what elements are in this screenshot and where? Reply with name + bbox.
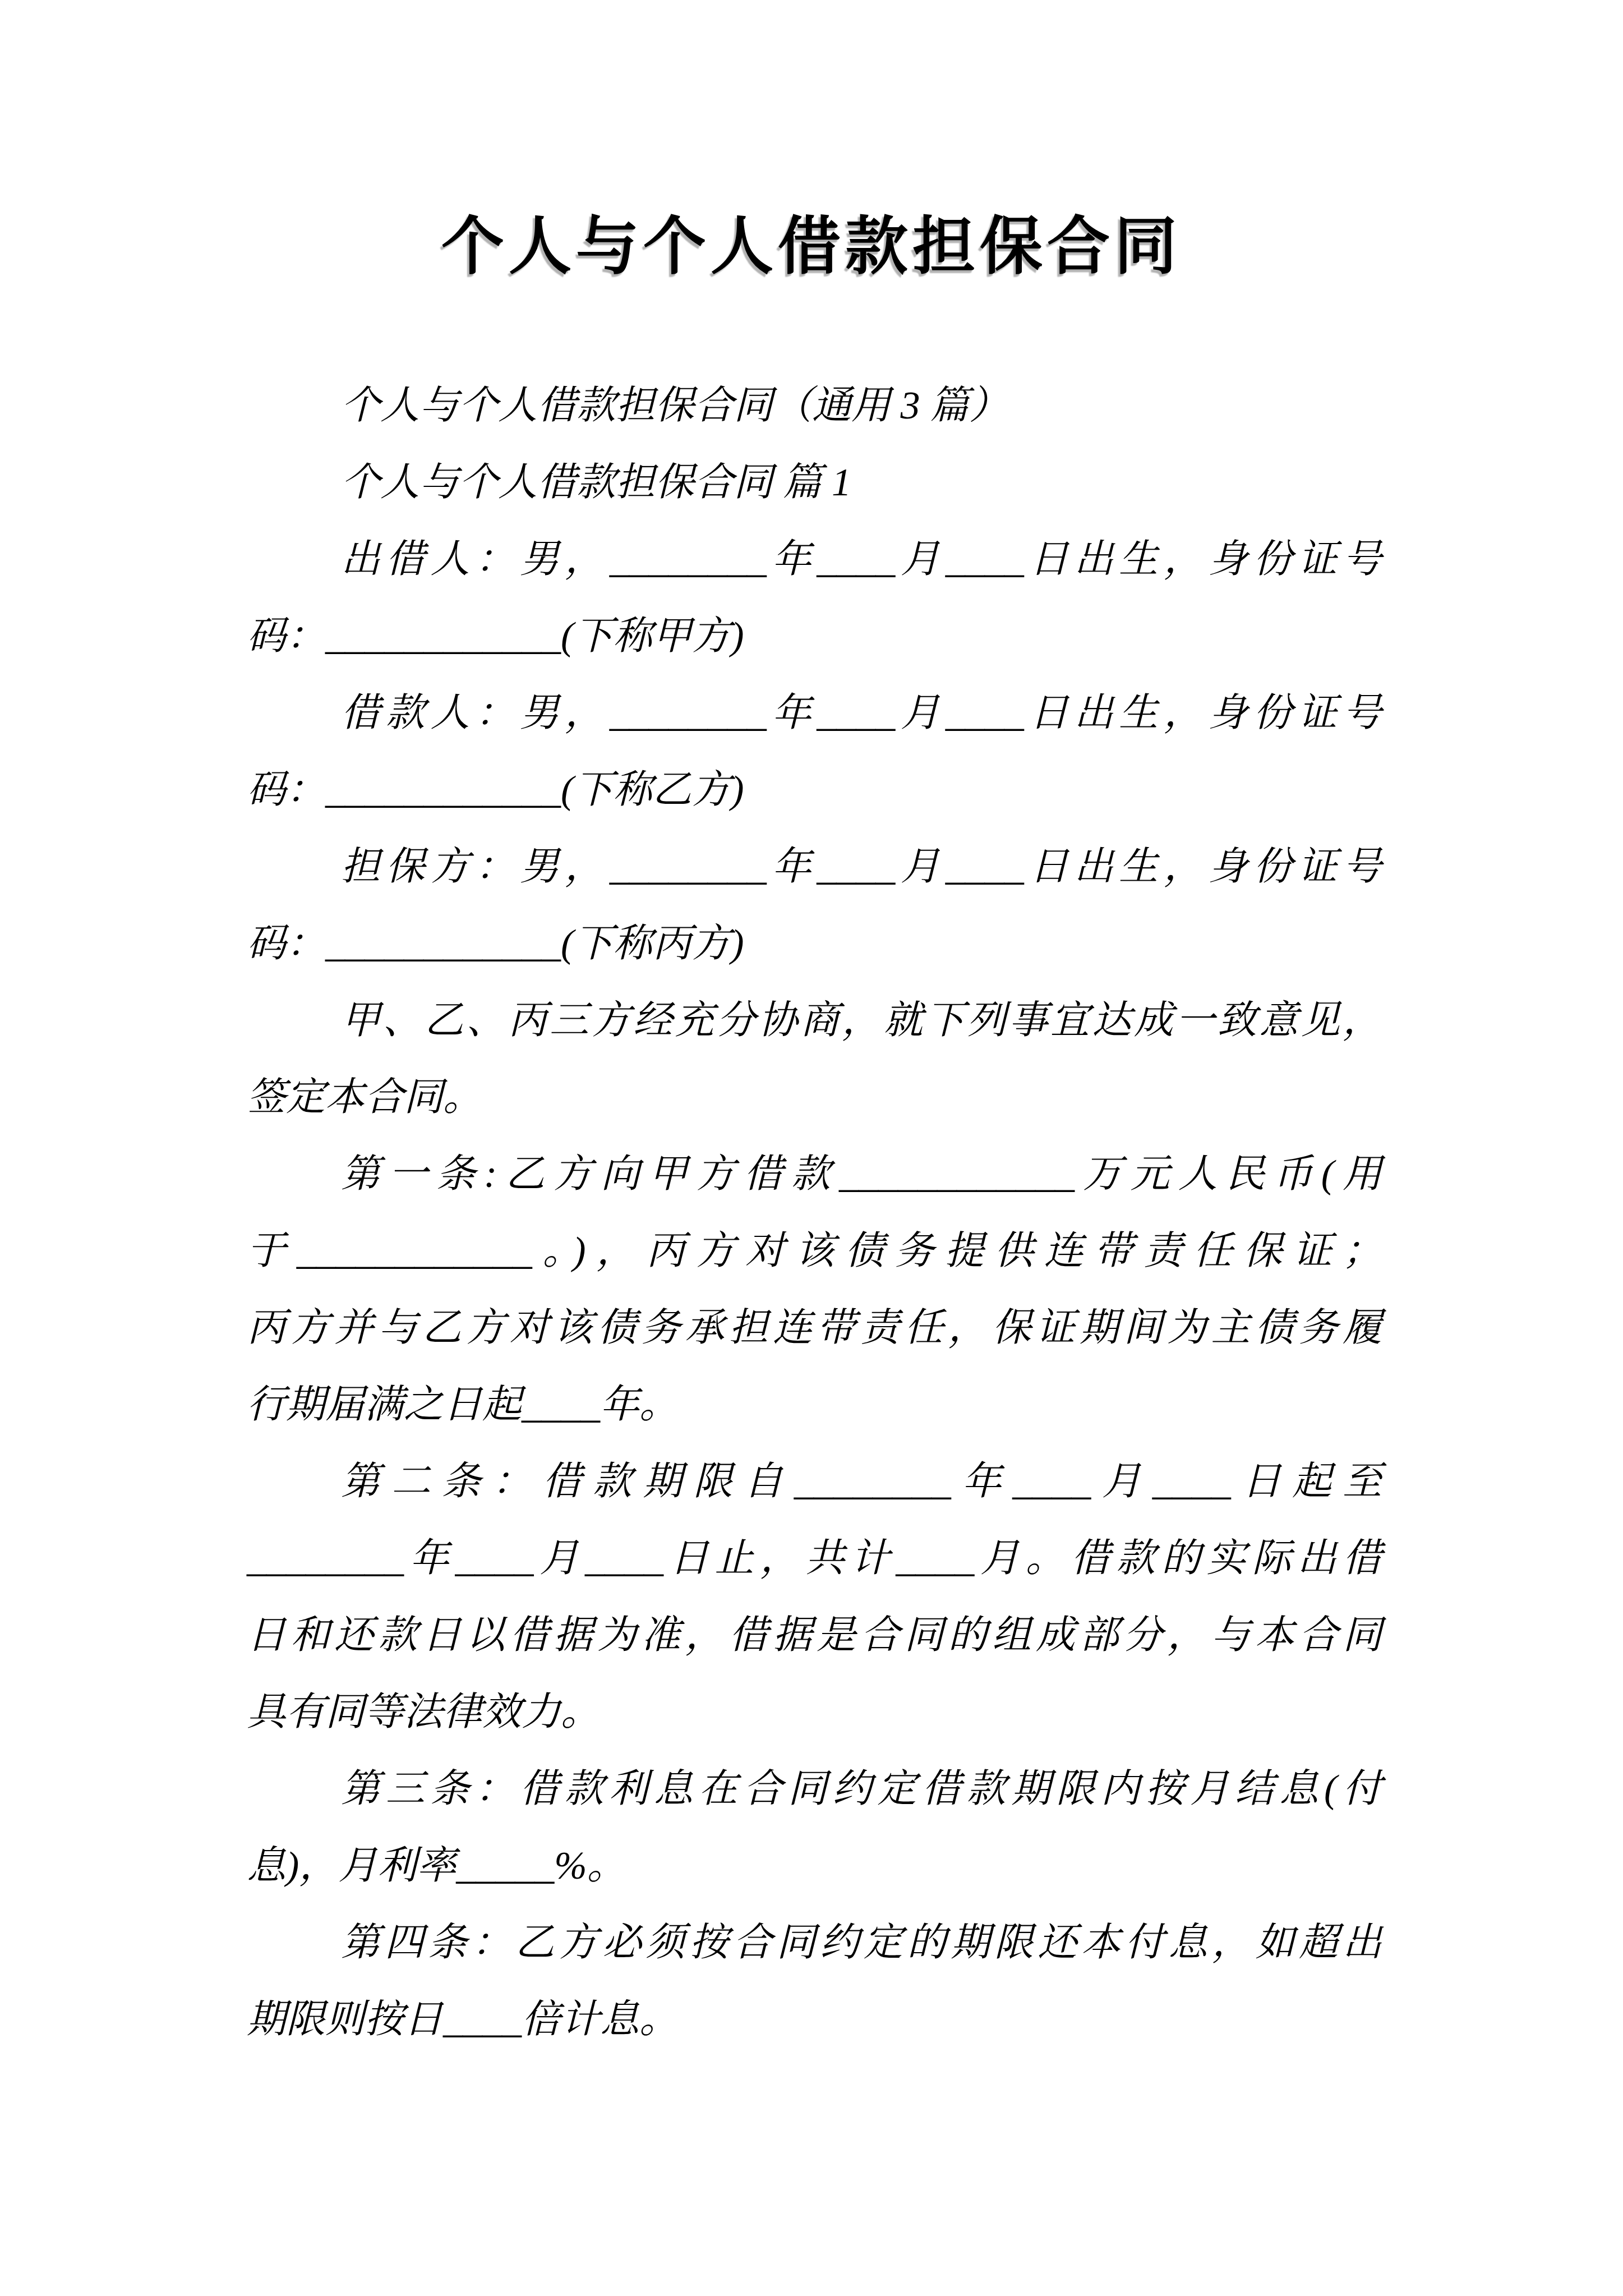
text-line: 日和还款日以借据为准，借据是合同的组成部分，与本合同 [247, 1597, 1382, 1674]
text-line: 具有同等法律效力。 [247, 1674, 1382, 1751]
text-line: 第一条:乙方向甲方借款____________万元人民币(用 [247, 1136, 1382, 1213]
text-line: 签定本合同。 [247, 1059, 1382, 1136]
text-line: 丙方并与乙方对该债务承担连带责任，保证期间为主债务履 [247, 1290, 1382, 1366]
contract-page: 个人与个人借款担保合同 个人与个人借款担保合同（通用 3 篇）个人与个人借款担保… [0, 0, 1623, 2296]
text-line: ________年____月____日止，共计____月。借款的实际出借 [247, 1520, 1382, 1597]
text-line: 期限则按日____倍计息。 [247, 1981, 1382, 2058]
text-line: 码：____________(下称甲方) [247, 598, 1382, 675]
text-line: 行期届满之日起____年。 [247, 1366, 1382, 1443]
text-line: 码：____________(下称乙方) [247, 752, 1382, 829]
document-body: 个人与个人借款担保合同（通用 3 篇）个人与个人借款担保合同 篇 1出借人：男，… [0, 367, 1623, 2058]
text-line: 借款人：男，________年____月____日出生，身份证号 [247, 675, 1382, 752]
text-line: 个人与个人借款担保合同 篇 1 [247, 444, 1382, 521]
text-line: 息)，月利率_____%。 [247, 1828, 1382, 1904]
text-line: 第三条：借款利息在合同约定借款期限内按月结息(付 [247, 1751, 1382, 1828]
text-line: 码：____________(下称丙方) [247, 905, 1382, 982]
text-line: 出借人：男，________年____月____日出生，身份证号 [247, 521, 1382, 598]
text-line: 个人与个人借款担保合同（通用 3 篇） [247, 367, 1382, 444]
text-line: 担保方：男，________年____月____日出生，身份证号 [247, 829, 1382, 905]
text-line: 甲、乙、丙三方经充分协商，就下列事宜达成一致意见， [247, 982, 1382, 1059]
document-title: 个人与个人借款担保合同 [0, 0, 1623, 284]
text-line: 于____________。)，丙方对该债务提供连带责任保证； [247, 1213, 1382, 1290]
text-line: 第四条：乙方必须按合同约定的期限还本付息，如超出 [247, 1904, 1382, 1981]
text-line: 第二条：借款期限自________年____月____日起至 [247, 1443, 1382, 1520]
